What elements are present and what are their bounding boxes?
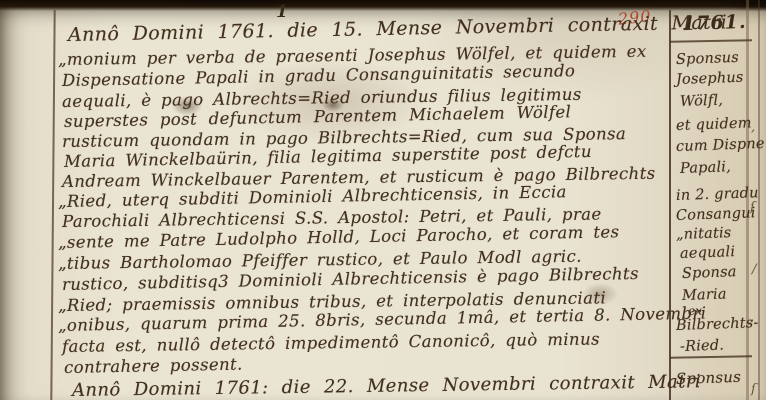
margin-note: Sponsa [682,264,737,282]
margin-note: „nitatis [676,225,732,243]
margin-note: Papali, [680,159,731,177]
margin-note: et quidem [676,115,752,134]
margin-column-rule [669,10,671,400]
margin-note-next-entry: Sponsus [676,368,742,388]
margin-note: Maria [682,286,727,304]
margin-note: aequali [680,244,736,262]
edge-ink-fragment: , [750,310,754,325]
edge-ink-fragment: , [751,120,755,135]
edge-ink-fragment: ſ [751,382,756,397]
margin-note: Sponsus [676,50,739,68]
edge-ink-fragment: / [752,262,756,277]
manuscript-scan: 1 290 1761. Annô Domini 1761. die 15. Me… [0,0,766,400]
margin-note: Bilbrechts- [676,315,759,334]
edge-ink-fragment: ſ [750,200,755,215]
margin-note: Wölfl, [680,93,724,110]
margin-note: Consangui [676,205,756,224]
margin-note: cum Dispne [676,136,765,155]
margin-note: in 2. gradu [676,185,759,204]
margin-note: ex [688,304,703,318]
margin-note: -Ried. [680,337,725,355]
body-line: contrahere possent. [64,355,243,377]
margin-note: Josephus [676,70,744,88]
